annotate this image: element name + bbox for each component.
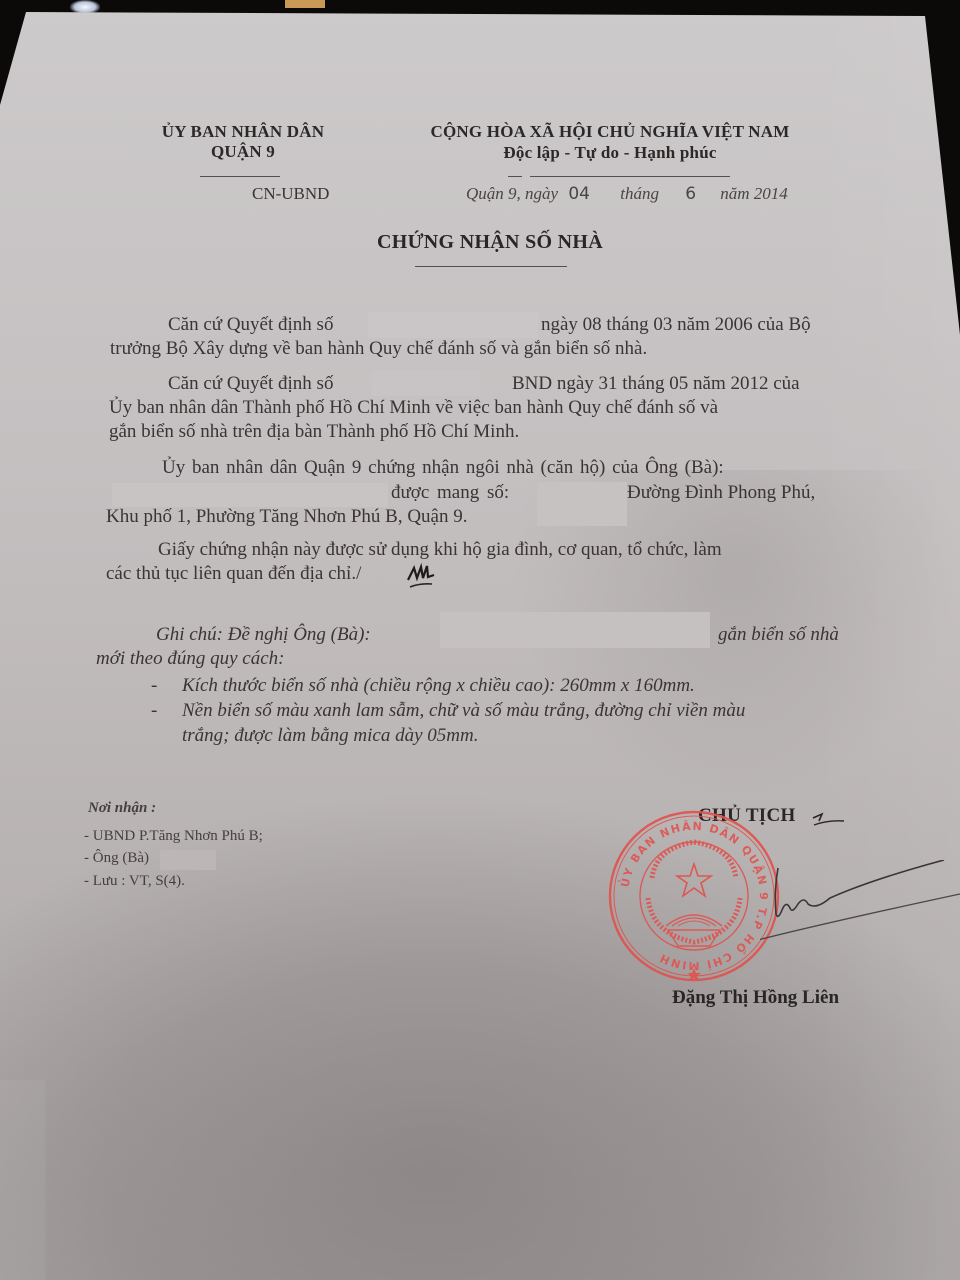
bullet-marker: - <box>151 700 157 722</box>
bullet-marker: - <box>151 675 157 697</box>
date-day-handwritten: 04 <box>568 184 590 204</box>
redacted-decision-number-1 <box>368 312 538 338</box>
issuer-line-2: QUẬN 9 <box>128 142 358 162</box>
redacted-recipient-name <box>160 850 216 870</box>
redacted-house-number <box>537 482 627 526</box>
note-bullet-2: Nền biển số màu xanh lam sẫm, chữ và số … <box>182 700 745 722</box>
official-seal-icon: ỦY BAN NHÂN DÂN QUẬN 9 T.P HỒ CHÍ MINH <box>606 808 782 984</box>
signature-mark-icon <box>760 860 960 950</box>
paragraph-3-line-3: Khu phố 1, Phường Tăng Nhơn Phú B, Quận … <box>106 506 468 528</box>
document-number: CN-UBND <box>252 184 329 204</box>
motto-underline <box>530 176 730 177</box>
certificate-document: ỦY BAN NHÂN DÂN QUẬN 9 CN-UBND CỘNG HÒA … <box>0 0 960 1280</box>
document-title: CHỨNG NHẬN SỐ NHÀ <box>280 231 700 254</box>
date-year: năm 2014 <box>720 184 788 203</box>
note-line-1-right: gắn biển số nhà <box>718 624 839 646</box>
recipient-item: - Lưu : VT, S(4). <box>84 873 185 890</box>
paragraph-2-line-1-right: BND ngày 31 tháng 05 năm 2012 của <box>512 373 800 395</box>
motto-underline-dash <box>508 176 522 177</box>
national-header-motto: Độc lập - Tự do - Hạnh phúc <box>395 143 825 163</box>
redacted-owner-name-note <box>440 612 710 648</box>
issuer-line-1: ỦY BAN NHÂN DÂN <box>128 122 358 142</box>
paragraph-1-line-2: trưởng Bộ Xây dựng về ban hành Quy chế đ… <box>110 338 647 360</box>
paragraph-1-line-1-left: Căn cứ Quyết định số <box>168 314 333 336</box>
signer-name: Đặng Thị Hồng Liên <box>672 987 839 1009</box>
date-prefix: Quận 9, ngày <box>466 184 558 203</box>
paragraph-3-street: Đường Đình Phong Phú, <box>627 482 815 504</box>
recipient-item: - Ông (Bà) <box>84 850 149 867</box>
national-header-line-1: CỘNG HÒA XÃ HỘI CHỦ NGHĨA VIỆT NAM <box>395 122 825 142</box>
note-bullet-2-cont: trắng; được làm bằng mica dày 05mm. <box>182 725 479 747</box>
redacted-owner-name <box>112 483 388 507</box>
paragraph-4-line-1: Giấy chứng nhận này được sử dụng khi hộ … <box>158 539 722 561</box>
paragraph-1-line-1-right: ngày 08 tháng 03 năm 2006 của Bộ <box>541 314 811 336</box>
paragraph-2-line-1-left: Căn cứ Quyết định số <box>168 373 333 395</box>
paragraph-3-line-1: Ủy ban nhân dân Quận 9 chứng nhận ngôi n… <box>162 457 724 479</box>
date-line: Quận 9, ngày 04 tháng 6 năm 2014 <box>466 184 788 204</box>
date-month-handwritten: 6 <box>685 184 696 204</box>
note-line-2: mới theo đúng quy cách: <box>96 648 284 670</box>
role-initial-mark-icon <box>810 808 850 828</box>
initials-mark-icon <box>402 560 446 590</box>
note-line-1-left: Ghi chú: Đề nghị Ông (Bà): <box>156 624 371 646</box>
redacted-decision-number-2 <box>372 370 480 396</box>
date-month-label: tháng <box>620 184 659 203</box>
paragraph-2-line-2: Ủy ban nhân dân Thành phố Hồ Chí Minh về… <box>109 397 718 419</box>
recipients-heading: Nơi nhận : <box>88 800 156 817</box>
title-underline <box>415 266 567 267</box>
paragraph-3-house-number-label: được mang số: <box>391 482 509 504</box>
paragraph-4-line-2: các thủ tục liên quan đến địa chỉ./ <box>106 563 361 585</box>
note-bullet-1: Kích thước biển số nhà (chiều rộng x chi… <box>182 675 695 697</box>
recipient-item: - UBND P.Tăng Nhơn Phú B; <box>84 828 263 845</box>
issuer-underline <box>200 176 280 177</box>
paragraph-2-line-3: gắn biển số nhà trên địa bàn Thành phố H… <box>109 421 519 443</box>
